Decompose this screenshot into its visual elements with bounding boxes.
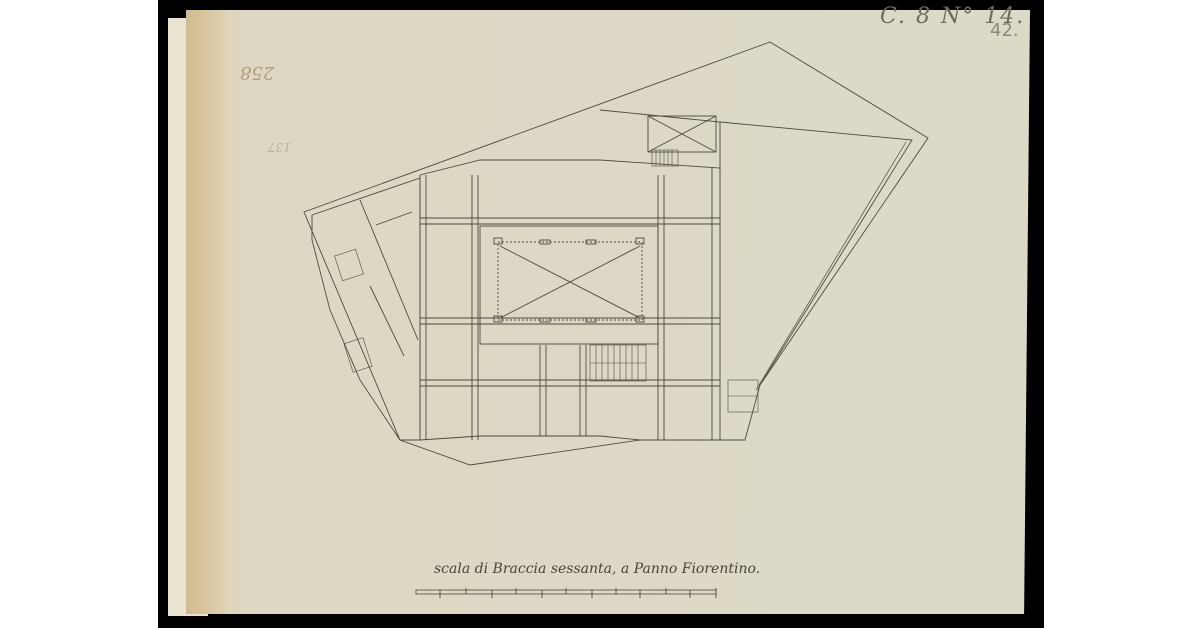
scale-title: scala di Braccia sessanta, a Panno Fiore… — [434, 561, 760, 577]
staircase-central — [590, 345, 646, 381]
left-wing — [312, 178, 420, 440]
scale-bar — [416, 588, 716, 598]
staircase-left — [335, 249, 373, 372]
site-boundary — [304, 42, 928, 465]
garden-boundary — [720, 122, 912, 385]
floor-plan-drawing — [0, 0, 1200, 628]
main-block — [420, 160, 720, 440]
courtyard — [480, 226, 658, 344]
